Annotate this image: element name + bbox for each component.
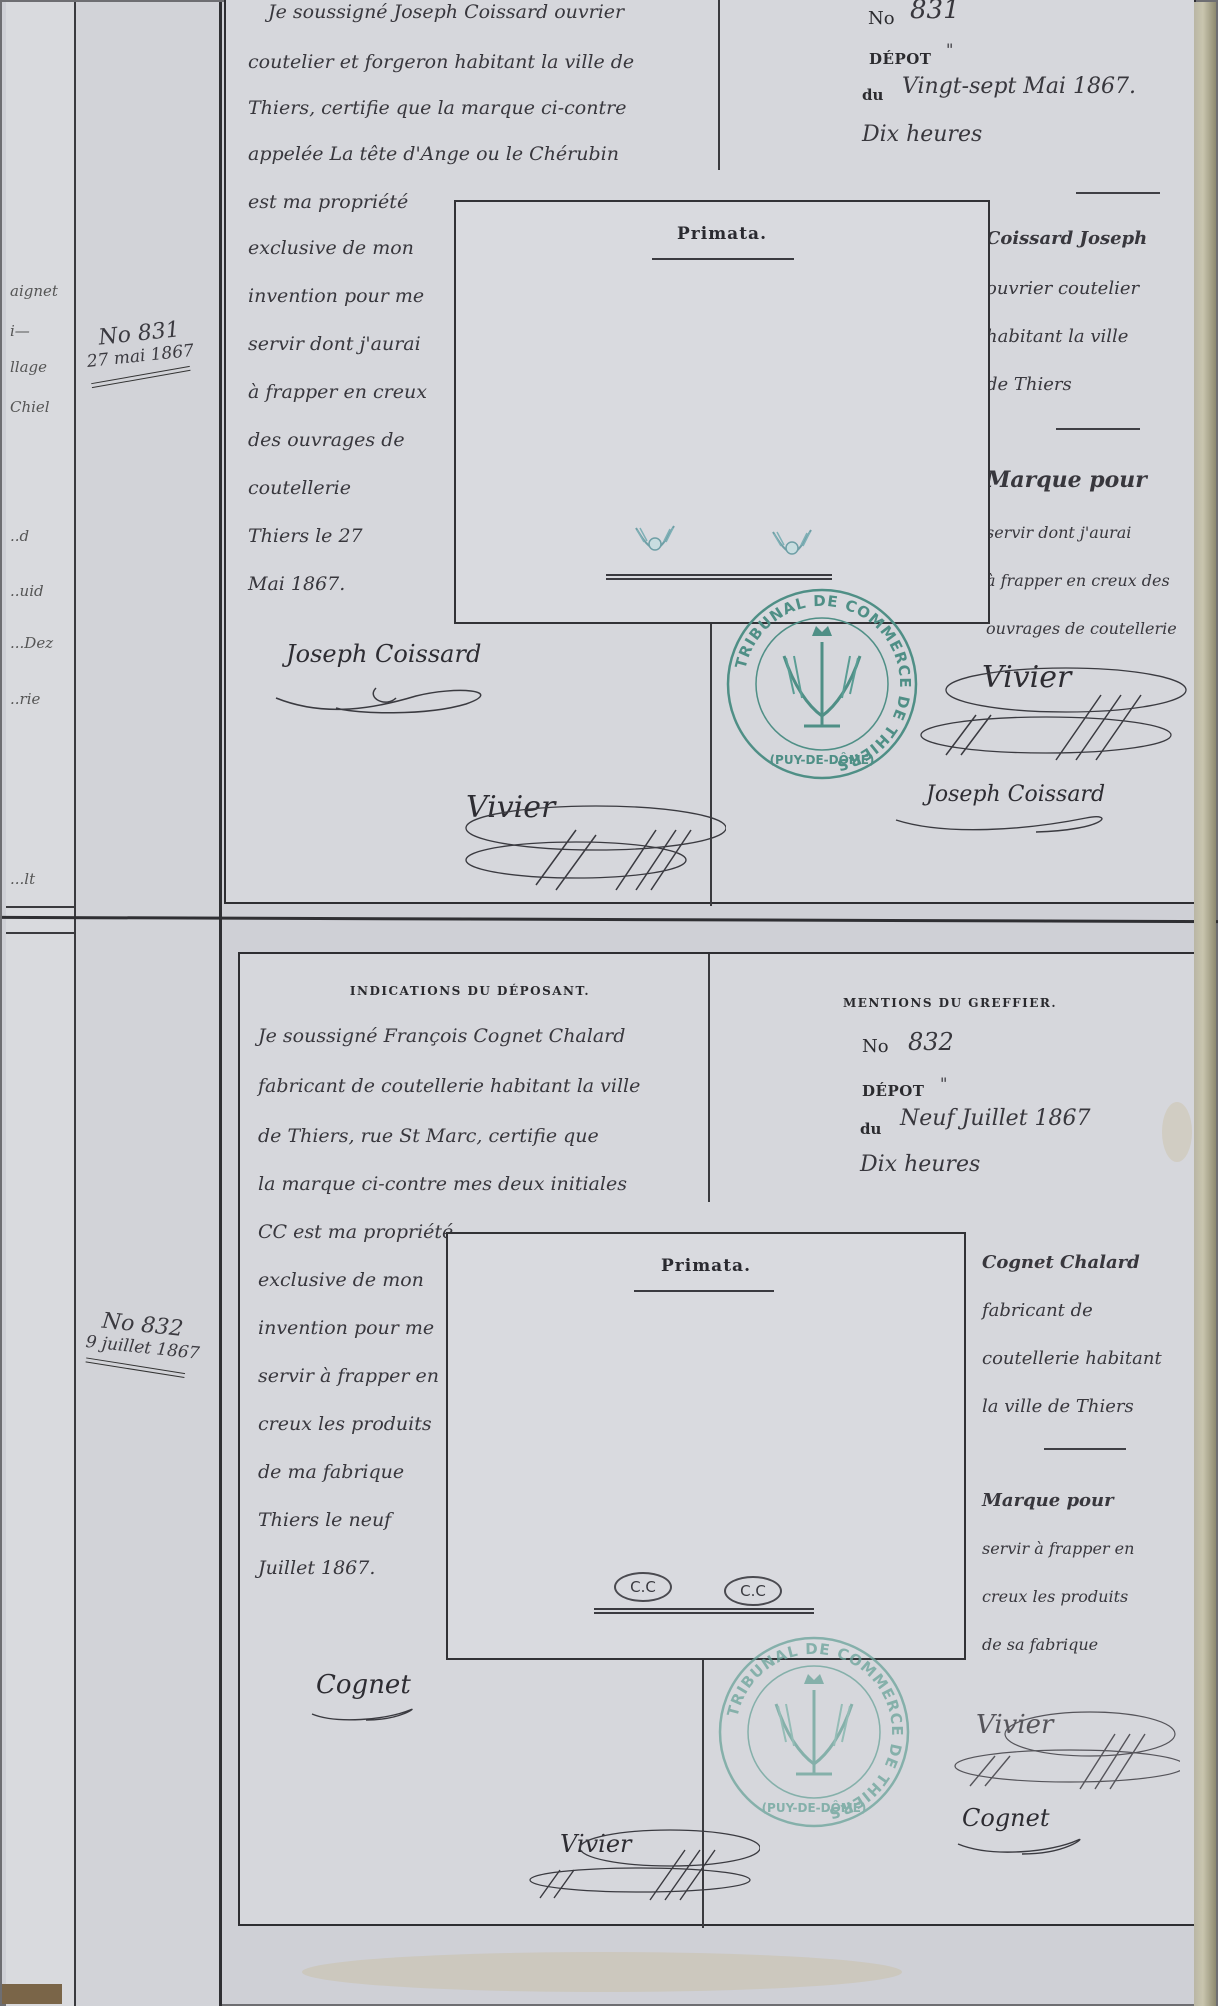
- record-number-label: No: [862, 1036, 889, 1057]
- flap-fragment: ...lt: [10, 870, 70, 888]
- party-line: Cognet Chalard: [982, 1238, 1140, 1287]
- greffier-heading: MENTIONS DU GREFFIER.: [820, 996, 1080, 1010]
- flap-fragment: Chiel: [10, 398, 70, 416]
- trademark-specimen-box: Primata. C.C C.C: [446, 1232, 966, 1660]
- deposit-time: Dix heures: [862, 110, 982, 159]
- deposit-date: Vingt-sept Mai 1867.: [902, 62, 1136, 111]
- registrar-paraphe: [520, 1820, 760, 1910]
- purpose-line: à frapper en creux des: [986, 556, 1170, 605]
- flap-fragment: i—: [10, 322, 70, 340]
- signature-flourish: [306, 1696, 426, 1726]
- book-cover-edge: [2, 1984, 62, 2004]
- depot-ditto-mark: ": [946, 40, 953, 60]
- flap-rule: [6, 932, 76, 934]
- deposant-line: Thiers le neuf: [258, 1496, 391, 1545]
- paper-stain: [1162, 1102, 1192, 1162]
- deposit-time: Dix heures: [860, 1140, 980, 1189]
- margin-column: No 831 27 mai 1867 No 832 9 juillet 1867: [76, 2, 222, 2006]
- deposant-line: appelée La tête d'Ange ou le Chérubin: [248, 130, 619, 179]
- angel-head-mark-icon: [771, 528, 813, 558]
- signature-flourish: [886, 800, 1126, 840]
- left-page-flap: aignet i— llage Chiel ..d ..uid ...Dez .…: [6, 2, 76, 2006]
- deposant-line: coutelier et forgeron habitant la ville …: [248, 38, 634, 87]
- specimen-title: Primata.: [448, 1256, 964, 1276]
- specimen-title: Primata.: [456, 224, 988, 244]
- du-label: du: [862, 86, 883, 104]
- svg-text:(PUY-DE-DÔME): (PUY-DE-DÔME): [762, 1800, 867, 1815]
- margin-note-832: No 832 9 juillet 1867: [83, 1307, 223, 1379]
- section-rule: [1076, 192, 1160, 194]
- purpose-line: servir à frapper en: [982, 1524, 1134, 1573]
- deposit-record-831: Je soussigné Joseph Coissard ouvrier cou…: [224, 0, 1196, 904]
- deposit-record-832: INDICATIONS DU DÉPOSANT. MENTIONS DU GRE…: [238, 952, 1200, 1926]
- deposant-line: la marque ci-contre mes deux initiales: [258, 1160, 627, 1209]
- party-line: de Thiers: [986, 360, 1072, 409]
- flap-fragment: ...Dez: [10, 634, 70, 652]
- registrar-paraphe: [446, 790, 726, 900]
- deposant-line: de Thiers, rue St Marc, certifie que: [258, 1112, 599, 1161]
- cc-initials-mark: C.C: [614, 1572, 672, 1602]
- section-rule: [1044, 1448, 1126, 1450]
- deposant-line: exclusive de mon: [248, 224, 414, 273]
- flap-fragment: ..d: [10, 527, 70, 545]
- deposant-line: Thiers le 27: [248, 512, 363, 561]
- page-edge-binding: [1194, 2, 1216, 2006]
- party-line: la ville de Thiers: [982, 1382, 1134, 1431]
- deposant-line: Je soussigné Joseph Coissard ouvrier: [268, 0, 624, 37]
- deposant-line: est ma propriété: [248, 178, 408, 227]
- deposant-line: invention pour me: [248, 272, 424, 321]
- record-number-label: No: [868, 8, 895, 29]
- party-line: ouvrier coutelier: [986, 264, 1139, 313]
- deposant-heading: INDICATIONS DU DÉPOSANT.: [340, 984, 600, 998]
- party-line: fabricant de: [982, 1286, 1093, 1335]
- deposant-line: servir à frapper en: [258, 1352, 439, 1401]
- deposant-line: à frapper en creux: [248, 368, 427, 417]
- registrar-paraphe: [906, 660, 1196, 770]
- du-label: du: [860, 1120, 881, 1138]
- record-number-value: 832: [908, 1018, 954, 1067]
- deposant-line: Je soussigné François Cognet Chalard: [258, 1012, 625, 1061]
- trademark-specimen-box: Primata.: [454, 200, 990, 624]
- party-line: Coissard Joseph: [986, 214, 1147, 263]
- deposant-line: exclusive de mon: [258, 1256, 424, 1305]
- specimen-double-rule: [606, 574, 832, 580]
- imperial-eagle-seal-icon: TRIBUNAL DE COMMERCE DE THIERS (PUY-DE-D…: [724, 586, 920, 782]
- purpose-line: de sa fabrique: [982, 1620, 1098, 1669]
- cc-initials-mark: C.C: [724, 1576, 782, 1606]
- signature-flourish: [266, 668, 526, 718]
- flap-fragment: llage: [10, 358, 70, 376]
- deposant-line: CC est ma propriété: [258, 1208, 453, 1257]
- title-underline: [652, 258, 794, 260]
- deposant-line: coutellerie: [248, 464, 351, 513]
- court-seal-stamp: TRIBUNAL DE COMMERCE DE THIERS (PUY-DE-D…: [716, 1634, 912, 1830]
- deposant-line: invention pour me: [258, 1304, 434, 1353]
- column-divider: [718, 0, 720, 170]
- court-seal-stamp: TRIBUNAL DE COMMERCE DE THIERS (PUY-DE-D…: [724, 586, 920, 782]
- purpose-line: ouvrages de coutellerie: [986, 604, 1177, 653]
- deposant-line: fabricant de coutellerie habitant la vil…: [258, 1062, 640, 1111]
- party-line: habitant la ville: [986, 312, 1128, 361]
- deposant-line: Thiers, certifie que la marque ci-contre: [248, 84, 626, 133]
- depot-ditto-mark: ": [940, 1072, 947, 1096]
- deposant-line: des ouvrages de: [248, 416, 405, 465]
- section-rule: [1056, 428, 1140, 430]
- flap-rule: [6, 906, 76, 908]
- record-number-value: 831: [910, 0, 960, 35]
- svg-text:(PUY-DE-DÔME): (PUY-DE-DÔME): [770, 752, 875, 767]
- party-line: coutellerie habitant: [982, 1334, 1162, 1383]
- deposant-signature: Joseph Coissard: [286, 640, 481, 668]
- flap-fragment: ..rie: [10, 690, 70, 708]
- signature-flourish: [952, 1826, 1092, 1860]
- imperial-eagle-seal-icon: TRIBUNAL DE COMMERCE DE THIERS (PUY-DE-D…: [716, 1634, 912, 1830]
- angel-head-mark-icon: [634, 524, 676, 554]
- deposit-date: Neuf Juillet 1867: [900, 1094, 1091, 1143]
- document-scan: aignet i— llage Chiel ..d ..uid ...Dez .…: [0, 0, 1218, 2006]
- specimen-double-rule: [594, 1608, 814, 1614]
- margin-note-831: No 831 27 mai 1867: [83, 313, 223, 385]
- deposant-line: Mai 1867.: [248, 560, 345, 609]
- flap-fragment: ..uid: [10, 582, 70, 600]
- purpose-line: Marque pour: [982, 1476, 1114, 1525]
- flap-fragment: aignet: [10, 282, 70, 300]
- title-underline: [634, 1290, 774, 1292]
- deposant-line: de ma fabrique: [258, 1448, 404, 1497]
- column-divider: [708, 954, 710, 1202]
- paper-stain: [302, 1952, 902, 1992]
- purpose-line: servir dont j'aurai: [986, 508, 1131, 557]
- purpose-line: Marque pour: [986, 456, 1147, 505]
- purpose-line: creux les produits: [982, 1572, 1128, 1621]
- registrar-paraphe: [940, 1704, 1180, 1804]
- deposant-line: servir dont j'aurai: [248, 320, 421, 369]
- deposant-line: Juillet 1867.: [258, 1544, 375, 1593]
- deposant-line: creux les produits: [258, 1400, 432, 1449]
